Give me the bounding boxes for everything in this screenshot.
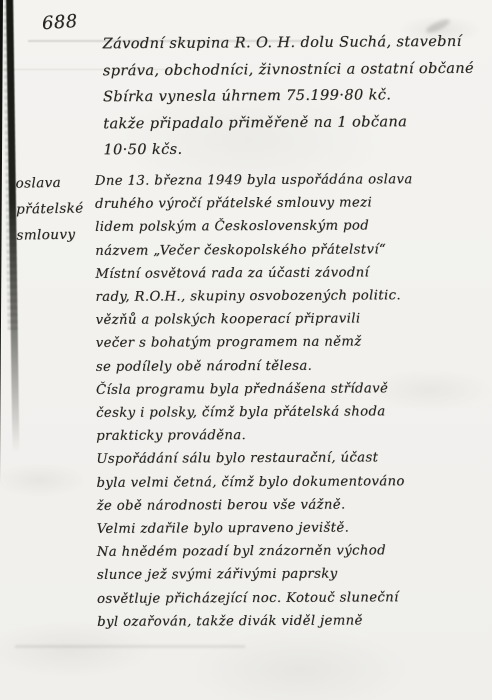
handwritten-line: česky i polsky, čímž byla přátelská shod…	[96, 400, 414, 425]
scanned-manuscript-page: 688 Závodní skupina R. O. H. dolu Suchá,…	[0, 0, 492, 700]
scan-binding-edge-outer	[0, 0, 3, 684]
page-number: 688	[41, 11, 78, 34]
handwritten-line: byl ozařován, takže divák viděl jemně	[97, 609, 415, 634]
handwritten-line: správa, obchodníci, živnostníci a ostatn…	[103, 55, 474, 84]
entry-collection-paragraph: Závodní skupina R. O. H. dolu Suchá, sta…	[103, 29, 475, 164]
handwritten-line: 10·50 kčs.	[103, 135, 474, 164]
margin-note-line: oslava	[15, 169, 83, 196]
handwritten-line: že obě národnosti berou vše vážně.	[96, 493, 414, 518]
handwritten-line: prakticky prováděna.	[96, 423, 414, 448]
photocopy-streak	[15, 645, 245, 648]
handwritten-line: se podílely obě národní tělesa.	[96, 354, 414, 379]
handwritten-line: Uspořádání sálu bylo restaurační, účast	[96, 447, 414, 472]
handwritten-line: Čísla programu byla přednášena střídavě	[96, 377, 414, 402]
margin-note: oslava přátelské smlouvy	[15, 169, 84, 248]
handwritten-line: Dne 13. března 1949 byla uspořádána osla…	[95, 168, 413, 193]
handwritten-line: Velmi zdařile bylo upraveno jeviště.	[97, 516, 415, 541]
handwritten-line: Sbírka vynesla úhrnem 75.199·80 kč.	[103, 82, 474, 111]
handwritten-line: Místní osvětová rada za účasti závodní	[95, 261, 413, 286]
handwritten-line: rady, R.O.H., skupiny osvobozených polit…	[95, 284, 413, 309]
handwritten-line: Na hnědém pozadí byl znázorněn východ	[97, 539, 415, 564]
handwritten-line: lidem polským a Československým pod	[95, 215, 413, 240]
handwritten-line: Závodní skupina R. O. H. dolu Suchá, sta…	[103, 29, 474, 58]
handwritten-line: takže připadalo přiměřeně na 1 občana	[103, 108, 474, 137]
handwritten-line: druhého výročí přátelské smlouvy mezi	[95, 191, 413, 216]
handwritten-line: večer s bohatým programem na němž	[96, 331, 414, 356]
entry-celebration-paragraph: Dne 13. března 1949 byla uspořádána osla…	[95, 168, 415, 634]
handwritten-line: osvětluje přicházející noc. Kotouč slune…	[97, 586, 415, 611]
handwritten-line: byla velmi četná, čímž bylo dokumentován…	[96, 470, 414, 495]
margin-note-line: smlouvy	[16, 221, 84, 248]
handwritten-line: vězňů a polských kooperací připravili	[96, 307, 414, 332]
handwritten-line: názvem „Večer českopolského přátelství“	[95, 238, 413, 263]
margin-note-line: přátelské	[16, 195, 84, 222]
handwritten-line: slunce jež svými zářivými paprsky	[97, 563, 415, 588]
